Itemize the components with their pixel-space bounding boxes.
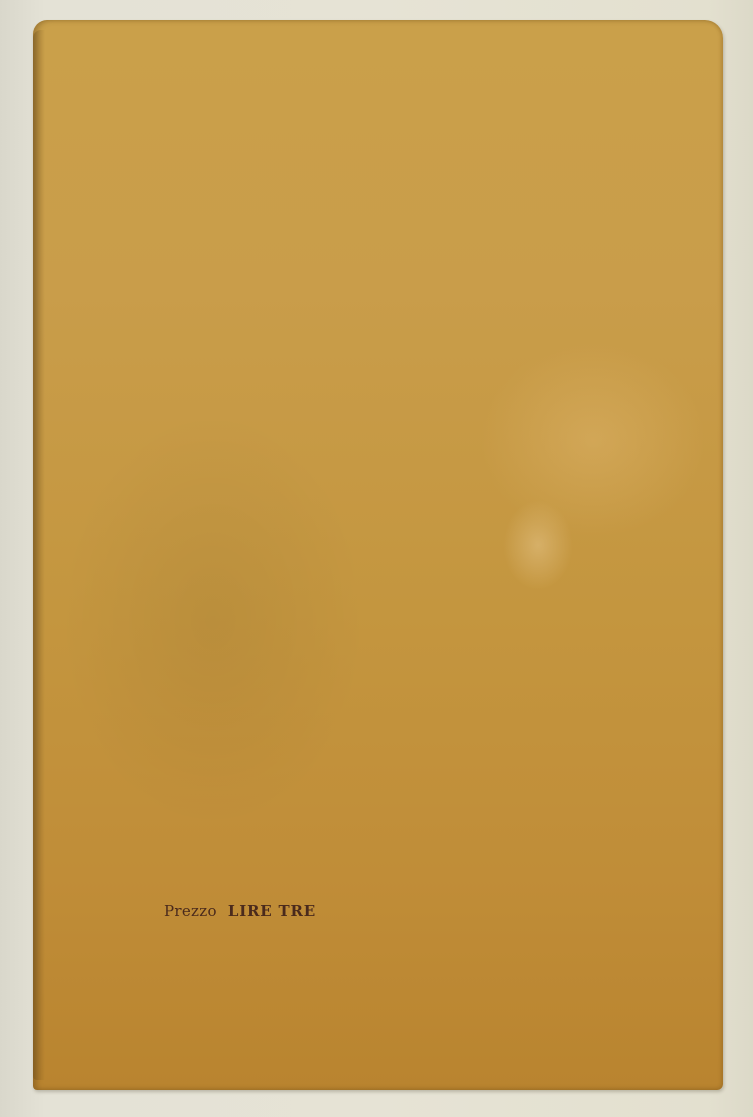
price-amount: LIRE TRE [228,902,316,920]
spine-edge [33,30,45,1080]
cover-scuff-mark [503,500,573,590]
book-back-cover: Prezzo LIRE TRE [33,20,723,1090]
price-line: Prezzo LIRE TRE [164,902,316,920]
price-label: Prezzo [164,902,217,920]
